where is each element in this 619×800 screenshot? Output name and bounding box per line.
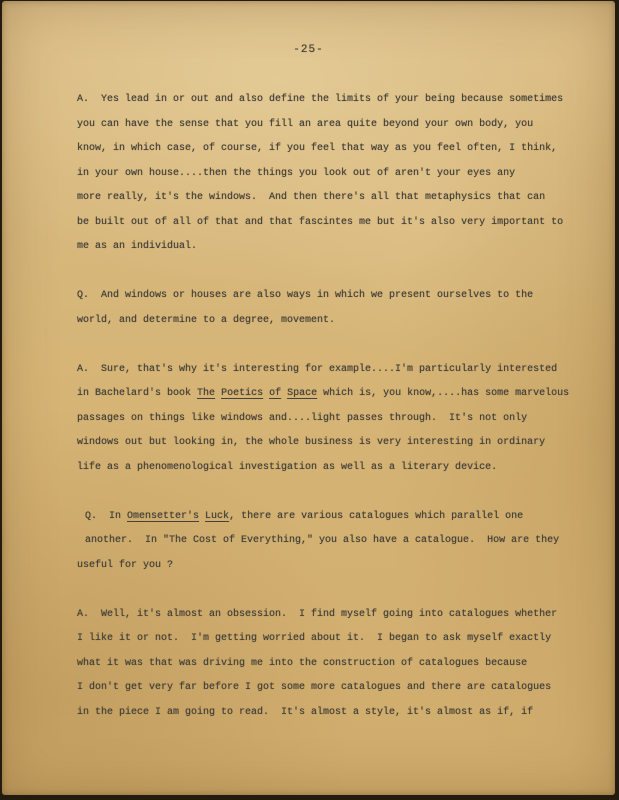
- underlined-book-title: Poetics: [221, 388, 263, 399]
- text-segment: Q. In: [85, 511, 127, 522]
- text-segment: I like it or not. I'm getting worried ab…: [77, 633, 551, 644]
- underlined-book-title: Luck: [205, 511, 229, 522]
- text-line: me as an individual.: [77, 235, 585, 260]
- text-line: passages on things like windows and....l…: [77, 407, 585, 432]
- text-segment: A. Sure, that's why it's interesting for…: [77, 364, 557, 375]
- text-segment: in the piece I am going to read. It's al…: [77, 707, 533, 718]
- text-segment: world, and determine to a degree, moveme…: [77, 315, 335, 326]
- text-line: another. In "The Cost of Everything," yo…: [77, 529, 585, 554]
- underlined-book-title: of: [269, 388, 281, 399]
- text-segment: passages on things like windows and....l…: [77, 413, 527, 424]
- text-segment: another. In "The Cost of Everything," yo…: [85, 535, 559, 546]
- text-segment: me as an individual.: [77, 241, 197, 252]
- text-line: know, in which case, of course, if you f…: [77, 137, 585, 162]
- text-segment: useful for you ?: [77, 560, 173, 571]
- text-segment: which is, you know,....has some marvelou…: [317, 388, 569, 399]
- text-line: you can have the sense that you fill an …: [77, 113, 585, 138]
- text-segment: windows out but looking in, the whole bu…: [77, 437, 545, 448]
- paragraph-a-0: A. Yes lead in or out and also define th…: [77, 88, 585, 260]
- document-page: -25- A. Yes lead in or out and also defi…: [2, 1, 615, 795]
- paragraph-a-4: A. Well, it's almost an obsession. I fin…: [77, 603, 585, 726]
- paragraph-q-3: Q. In Omensetter's Luck, there are vario…: [77, 505, 585, 579]
- text-segment: know, in which case, of course, if you f…: [77, 143, 557, 154]
- paragraph-a-2: A. Sure, that's why it's interesting for…: [77, 358, 585, 481]
- text-line: more really, it's the windows. And then …: [77, 186, 585, 211]
- text-segment: more really, it's the windows. And then …: [77, 192, 545, 203]
- underlined-book-title: Omensetter's: [127, 511, 199, 522]
- text-line: A. Sure, that's why it's interesting for…: [77, 358, 585, 383]
- text-line: in the piece I am going to read. It's al…: [77, 701, 585, 726]
- text-line: I don't get very far before I got some m…: [77, 676, 585, 701]
- text-line: I like it or not. I'm getting worried ab…: [77, 627, 585, 652]
- text-segment: in Bachelard's book: [77, 388, 197, 399]
- text-segment: A. Well, it's almost an obsession. I fin…: [77, 609, 557, 620]
- text-segment: Q. And windows or houses are also ways i…: [77, 290, 533, 301]
- text-line: useful for you ?: [77, 554, 585, 579]
- document-body: A. Yes lead in or out and also define th…: [77, 88, 585, 725]
- text-segment: , there are various catalogues which par…: [229, 511, 523, 522]
- text-line: A. Well, it's almost an obsession. I fin…: [77, 603, 585, 628]
- text-line: Q. In Omensetter's Luck, there are vario…: [77, 505, 585, 530]
- text-segment: I don't get very far before I got some m…: [77, 682, 551, 693]
- text-line: in Bachelard's book The Poetics of Space…: [77, 382, 585, 407]
- text-line: what it was that was driving me into the…: [77, 652, 585, 677]
- text-segment: in your own house....then the things you…: [77, 168, 515, 179]
- page-number: -25-: [2, 44, 615, 56]
- text-line: windows out but looking in, the whole bu…: [77, 431, 585, 456]
- underlined-book-title: Space: [287, 388, 317, 399]
- text-segment: you can have the sense that you fill an …: [77, 119, 533, 130]
- text-segment: life as a phenomenological investigation…: [77, 462, 497, 473]
- text-line: A. Yes lead in or out and also define th…: [77, 88, 585, 113]
- text-line: in your own house....then the things you…: [77, 162, 585, 187]
- underlined-book-title: The: [197, 388, 215, 399]
- text-segment: what it was that was driving me into the…: [77, 658, 527, 669]
- text-segment: A. Yes lead in or out and also define th…: [77, 94, 563, 105]
- paragraph-q-1: Q. And windows or houses are also ways i…: [77, 284, 585, 333]
- text-line: life as a phenomenological investigation…: [77, 456, 585, 481]
- text-line: world, and determine to a degree, moveme…: [77, 309, 585, 334]
- text-line: be built out of all of that and that fas…: [77, 211, 585, 236]
- text-segment: be built out of all of that and that fas…: [77, 217, 563, 228]
- text-line: Q. And windows or houses are also ways i…: [77, 284, 585, 309]
